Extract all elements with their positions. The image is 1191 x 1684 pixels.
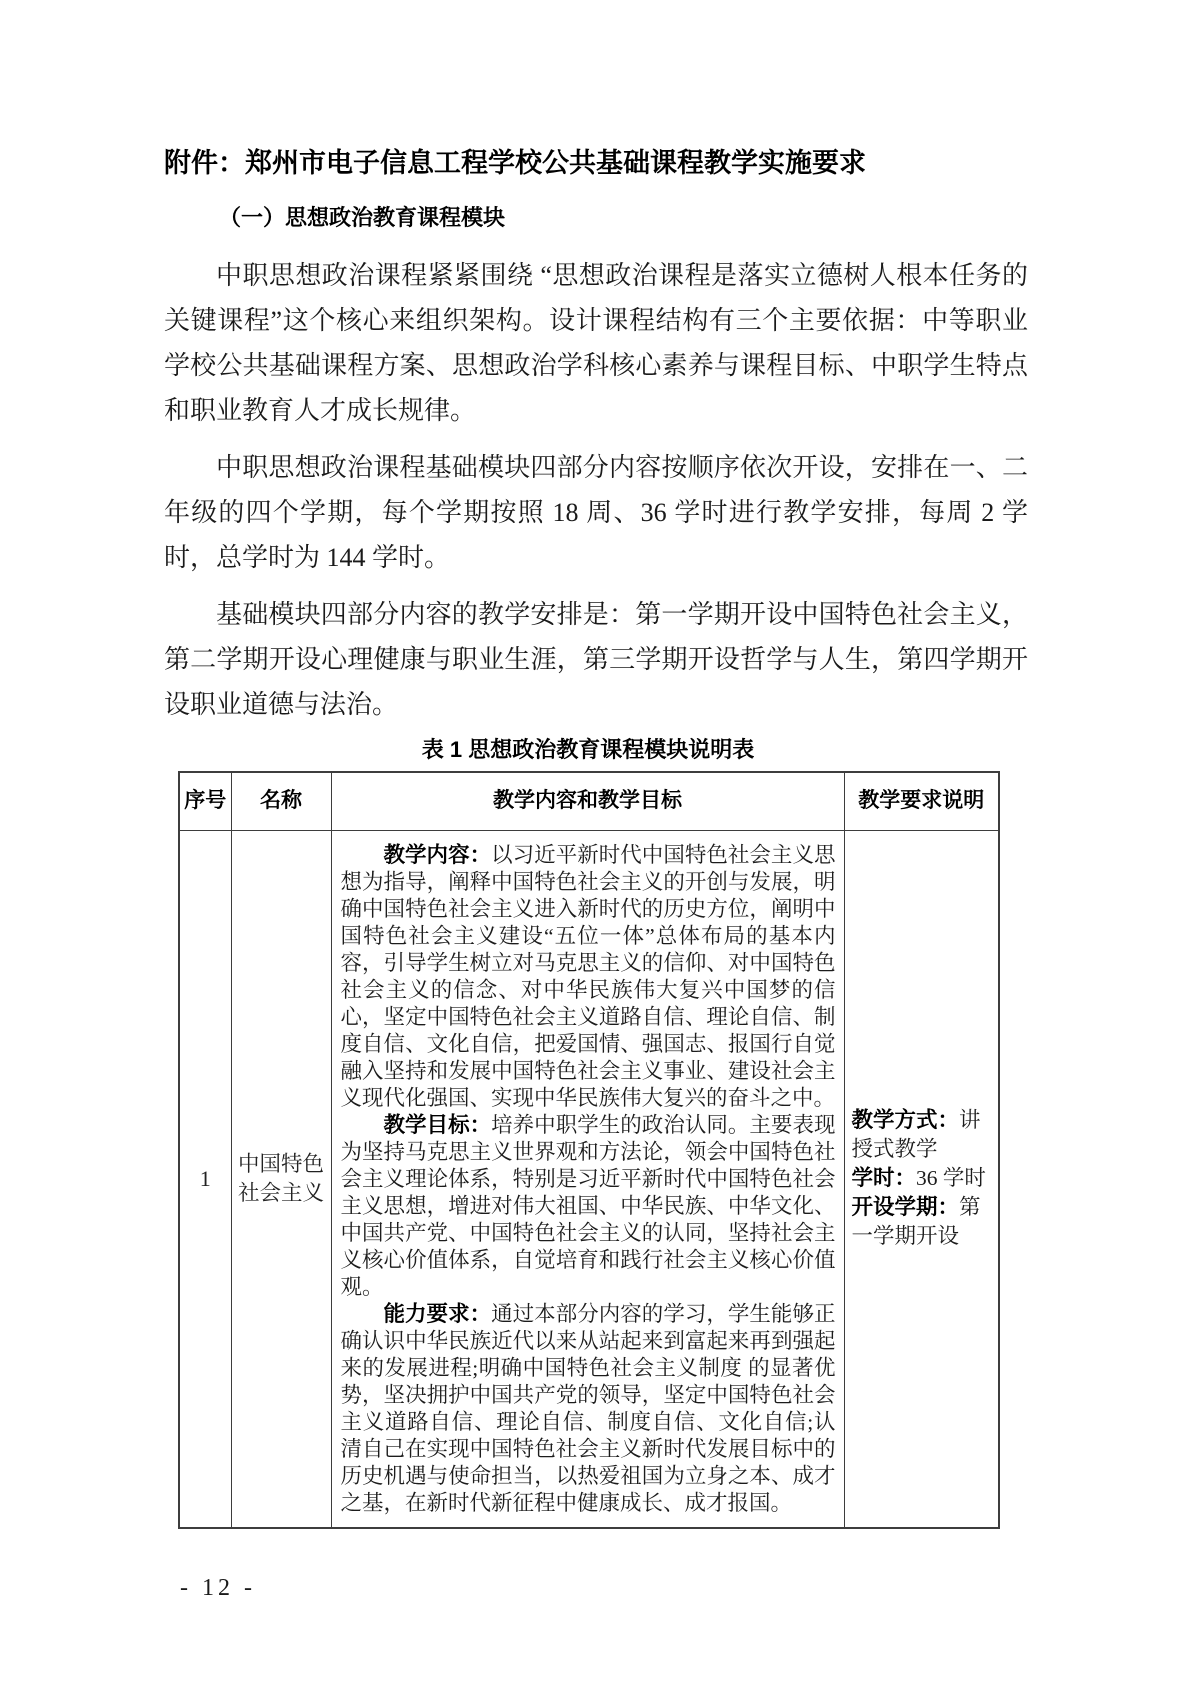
table-header-row: 序号 名称 教学内容和教学目标 教学要求说明 — [179, 772, 999, 830]
requirements-cell: 教学方式：讲授式教学 学时：36 学时 开设学期：第一学期开设 — [844, 830, 999, 1528]
section-heading: （一）思想政治教育课程模块 — [219, 205, 1028, 231]
body-paragraph-1: 中职思想政治课程紧紧围绕 “思想政治课程是落实立德树人根本任务的关键课程”这个核… — [164, 253, 1028, 433]
course-module-table: 序号 名称 教学内容和教学目标 教学要求说明 1 中国特色社会主义 教学内容：以… — [178, 771, 1000, 1529]
requirement-label: 开设学期： — [852, 1195, 960, 1219]
requirement-teaching-method: 教学方式：讲授式教学 — [852, 1106, 994, 1164]
content-text: 通过本部分内容的学习，学生能够正确认识中华民族近代以来从站起来到富起来再到强起来… — [341, 1302, 836, 1515]
course-name-cell: 中国特色社会主义 — [231, 830, 331, 1528]
column-header-requirements: 教学要求说明 — [844, 772, 999, 830]
content-label: 教学目标： — [384, 1113, 492, 1137]
table-caption: 表 1 思想政治教育课程模块说明表 — [178, 735, 998, 765]
content-cell: 教学内容：以习近平新时代中国特色社会主义思想为指导，阐释中国特色社会主义的开创与… — [331, 830, 844, 1528]
content-label: 能力要求： — [384, 1302, 492, 1326]
requirement-label: 教学方式： — [852, 1108, 960, 1132]
column-header-number: 序号 — [179, 772, 231, 830]
content-paragraph-teaching-goal: 教学目标：培养中职学生的政治认同。主要表现为坚持马克思主义世界观和方法论，领会中… — [341, 1112, 836, 1301]
requirement-semester: 开设学期：第一学期开设 — [852, 1193, 994, 1251]
document-page: 附件：郑州市电子信息工程学校公共基础课程教学实施要求 （一）思想政治教育课程模块… — [0, 0, 1191, 1684]
requirement-label: 学时： — [852, 1166, 917, 1190]
column-header-content: 教学内容和教学目标 — [331, 772, 844, 830]
page-number: - 12 - — [180, 1575, 1028, 1602]
content-paragraph-ability-requirement: 能力要求：通过本部分内容的学习，学生能够正确认识中华民族近代以来从站起来到富起来… — [341, 1301, 836, 1517]
content-label: 教学内容： — [384, 843, 492, 867]
body-paragraph-2: 中职思想政治课程基础模块四部分内容按顺序依次开设，安排在一、二年级的四个学期，每… — [164, 445, 1028, 580]
row-number-cell: 1 — [179, 830, 231, 1528]
content-text: 以习近平新时代中国特色社会主义思想为指导，阐释中国特色社会主义的开创与发展，明确… — [341, 843, 836, 1110]
body-paragraph-3: 基础模块四部分内容的教学安排是：第一学期开设中国特色社会主义，第二学期开设心理健… — [164, 592, 1028, 727]
requirement-class-hours: 学时：36 学时 — [852, 1164, 994, 1193]
content-text: 培养中职学生的政治认同。主要表现为坚持马克思主义世界观和方法论，领会中国特色社会… — [341, 1113, 836, 1299]
requirement-text: 36 学时 — [916, 1166, 986, 1190]
column-header-name: 名称 — [231, 772, 331, 830]
content-paragraph-teaching-content: 教学内容：以习近平新时代中国特色社会主义思想为指导，阐释中国特色社会主义的开创与… — [341, 842, 836, 1112]
table-row: 1 中国特色社会主义 教学内容：以习近平新时代中国特色社会主义思想为指导，阐释中… — [179, 830, 999, 1528]
page-title: 附件：郑州市电子信息工程学校公共基础课程教学实施要求 — [164, 147, 1028, 179]
